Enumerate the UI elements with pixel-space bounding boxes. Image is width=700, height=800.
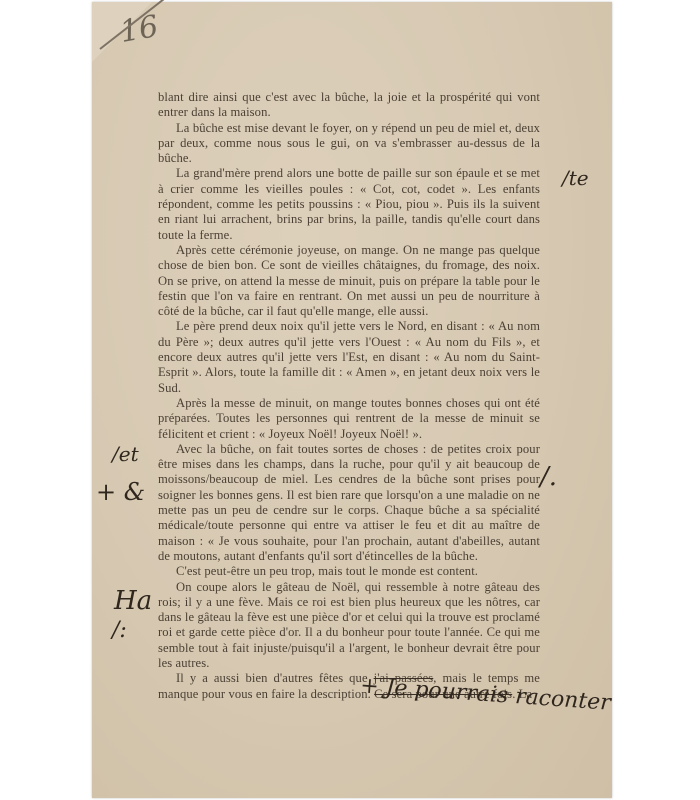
- paragraph: La bûche est mise devant le foyer, on y …: [158, 121, 540, 167]
- paragraph: La grand'mère prend alors une botte de p…: [158, 166, 540, 242]
- margin-note-right-2: /.: [540, 462, 557, 492]
- paragraph: Après cette cérémonie joyeuse, on mange.…: [158, 243, 540, 319]
- margin-note-left-1: /et: [112, 442, 139, 466]
- paragraph: Avec la bûche, on fait toutes sortes de …: [158, 442, 540, 564]
- paragraph: Le père prend deux noix qu'il jette vers…: [158, 319, 540, 395]
- paragraph: blant dire ainsi que c'est avec la bûche…: [158, 90, 540, 121]
- margin-note-left-4: /:: [112, 618, 127, 643]
- text-segment: Il y a aussi bien d'autres fêtes que: [176, 671, 374, 685]
- paragraph: Après la messe de minuit, on mange toute…: [158, 396, 540, 442]
- paragraph: C'est peut-être un peu trop, mais tout l…: [158, 564, 540, 579]
- printed-body-text: blant dire ainsi que c'est avec la bûche…: [158, 90, 540, 702]
- margin-note-left-2: + &: [96, 478, 145, 506]
- margin-note-right-1: /te: [562, 166, 589, 190]
- paragraph: On coupe alors le gâteau de Noël, qui re…: [158, 580, 540, 672]
- margin-note-left-3: Ha: [114, 586, 152, 616]
